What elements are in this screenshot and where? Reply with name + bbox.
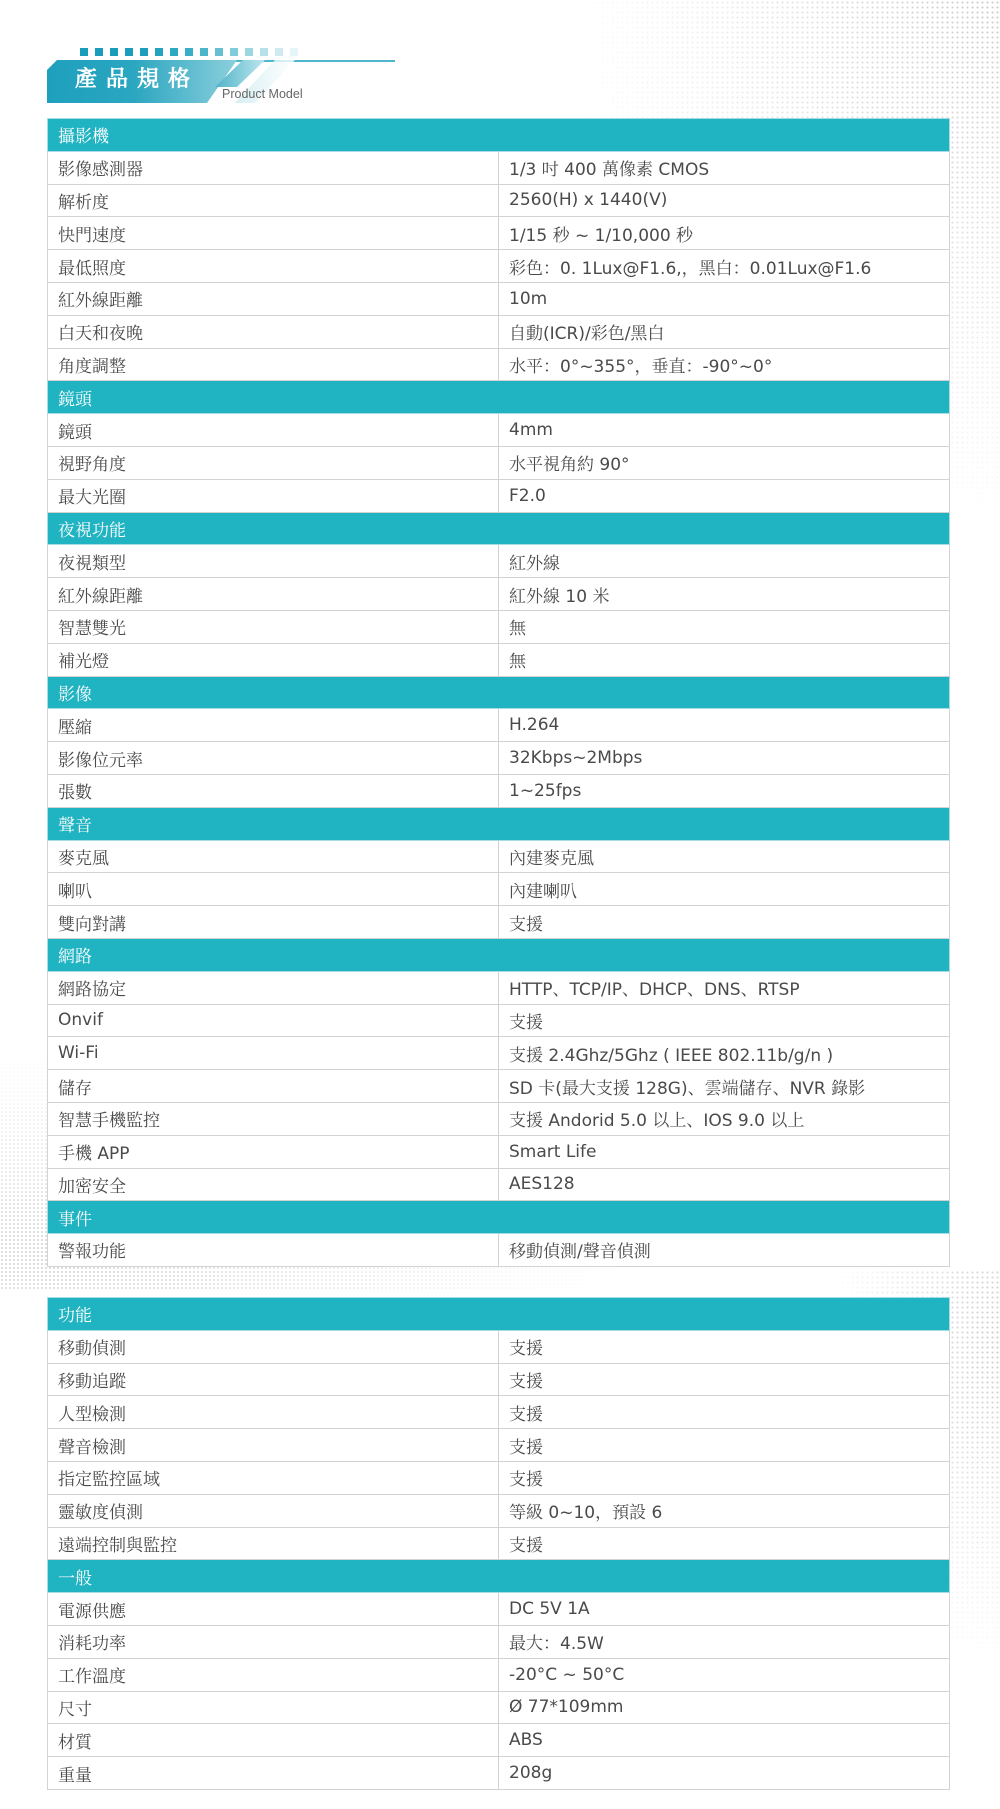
spec-label: 影像位元率	[48, 742, 499, 775]
spec-value: 等級 0~10，預設 6	[499, 1494, 950, 1527]
spec-row: 重量208g	[48, 1757, 950, 1790]
spec-row: 移動追蹤支援	[48, 1363, 950, 1396]
spec-label: 指定監控區域	[48, 1461, 499, 1494]
spec-row: 視野角度水平視角約 90°	[48, 446, 950, 479]
spec-row: 儲存SD 卡(最大支援 128G)、雲端儲存、NVR 錄影	[48, 1070, 950, 1103]
section-title: 功能	[48, 1298, 950, 1331]
spec-value: 支援	[499, 1363, 950, 1396]
section-title: 夜視功能	[48, 512, 950, 545]
spec-label: 快門速度	[48, 217, 499, 250]
section-title: 事件	[48, 1201, 950, 1234]
spec-label: 警報功能	[48, 1234, 499, 1267]
square-icon	[185, 48, 193, 56]
section-title: 攝影機	[48, 119, 950, 152]
spec-row: 解析度2560(H) x 1440(V)	[48, 184, 950, 217]
section-title: 聲音	[48, 807, 950, 840]
spec-value: 彩色：0. 1Lux@F1.6,，黑白：0.01Lux@F1.6	[499, 250, 950, 283]
section-header-row: 鏡頭	[48, 381, 950, 414]
spec-value: 1~25fps	[499, 774, 950, 807]
section-header-row: 攝影機	[48, 119, 950, 152]
spec-label: 聲音檢測	[48, 1429, 499, 1462]
spec-label: 影像感測器	[48, 151, 499, 184]
section-title: 網路	[48, 938, 950, 971]
square-icon	[275, 48, 283, 56]
spec-label: Wi-Fi	[48, 1037, 499, 1070]
square-icon	[110, 48, 118, 56]
spec-label: 儲存	[48, 1070, 499, 1103]
spec-value: 4mm	[499, 414, 950, 447]
spec-label: 角度調整	[48, 348, 499, 381]
spec-value: F2.0	[499, 479, 950, 512]
spec-value: 移動偵測/聲音偵測	[499, 1234, 950, 1267]
spec-value: 水平：0°~355°，垂直：-90°~0°	[499, 348, 950, 381]
spec-label: 材質	[48, 1724, 499, 1757]
section-header-row: 聲音	[48, 807, 950, 840]
spec-row: 白天和夜晚自動(ICR)/彩色/黑白	[48, 315, 950, 348]
spec-row: 雙向對講支援	[48, 906, 950, 939]
spec-label: 鏡頭	[48, 414, 499, 447]
page-title: 產品規格	[75, 62, 199, 98]
spec-value: Ø 77*109mm	[499, 1691, 950, 1724]
square-icon	[155, 48, 163, 56]
square-icon	[170, 48, 178, 56]
spec-label: 網路協定	[48, 971, 499, 1004]
spec-row: 電源供應DC 5V 1A	[48, 1593, 950, 1626]
section-header-row: 一般	[48, 1560, 950, 1593]
spec-row: 靈敏度偵測等級 0~10，預設 6	[48, 1494, 950, 1527]
spec-label: 尺寸	[48, 1691, 499, 1724]
spec-row: 壓縮H.264	[48, 709, 950, 742]
square-icon	[215, 48, 223, 56]
spec-row: 尺寸Ø 77*109mm	[48, 1691, 950, 1724]
spec-value: 支援	[499, 1527, 950, 1560]
spec-row: 網路協定HTTP、TCP/IP、DHCP、DNS、RTSP	[48, 971, 950, 1004]
spec-label: 補光燈	[48, 643, 499, 676]
spec-value: 支援	[499, 1396, 950, 1429]
spec-label: 移動追蹤	[48, 1363, 499, 1396]
spec-value: Smart Life	[499, 1135, 950, 1168]
spec-label: 白天和夜晚	[48, 315, 499, 348]
spec-label: 喇叭	[48, 873, 499, 906]
decorative-squares	[80, 48, 298, 56]
square-icon	[125, 48, 133, 56]
spec-value: 支援	[499, 1429, 950, 1462]
spec-row: 麥克風內建麥克風	[48, 840, 950, 873]
spec-row: 智慧手機監控支援 Andorid 5.0 以上、IOS 9.0 以上	[48, 1102, 950, 1135]
spec-row: 快門速度1/15 秒 ~ 1/10,000 秒	[48, 217, 950, 250]
section-title: 影像	[48, 676, 950, 709]
section-header-row: 功能	[48, 1298, 950, 1331]
spec-row: 紅外線距離10m	[48, 282, 950, 315]
square-icon	[140, 48, 148, 56]
spec-row: 智慧雙光無	[48, 610, 950, 643]
spec-value: 自動(ICR)/彩色/黑白	[499, 315, 950, 348]
spec-row: 人型檢測支援	[48, 1396, 950, 1429]
spec-row: 指定監控區域支援	[48, 1461, 950, 1494]
spec-row: 補光燈無	[48, 643, 950, 676]
section-title: 鏡頭	[48, 381, 950, 414]
spec-label: 人型檢測	[48, 1396, 499, 1429]
section-header-row: 夜視功能	[48, 512, 950, 545]
spec-row: 遠端控制與監控支援	[48, 1527, 950, 1560]
spec-row: 夜視類型紅外線	[48, 545, 950, 578]
spec-row: Wi-Fi支援 2.4Ghz/5Ghz ( IEEE 802.11b/g/n )	[48, 1037, 950, 1070]
spec-row: 加密安全AES128	[48, 1168, 950, 1201]
spec-label: 張數	[48, 774, 499, 807]
spec-label: 移動偵測	[48, 1330, 499, 1363]
spec-label: 靈敏度偵測	[48, 1494, 499, 1527]
page-subtitle: Product Model	[222, 87, 303, 101]
spec-value: 1/15 秒 ~ 1/10,000 秒	[499, 217, 950, 250]
spec-value: 208g	[499, 1757, 950, 1790]
spec-label: 智慧手機監控	[48, 1102, 499, 1135]
spec-value: -20°C ~ 50°C	[499, 1658, 950, 1691]
spec-row: 影像感測器1/3 吋 400 萬像素 CMOS	[48, 151, 950, 184]
spec-label: 工作溫度	[48, 1658, 499, 1691]
spec-value: 內建喇叭	[499, 873, 950, 906]
spec-value: 水平視角約 90°	[499, 446, 950, 479]
spec-value: 紅外線 10 米	[499, 578, 950, 611]
spec-value: 內建麥克風	[499, 840, 950, 873]
spec-value: 32Kbps~2Mbps	[499, 742, 950, 775]
spec-label: 最大光圈	[48, 479, 499, 512]
spec-label: 智慧雙光	[48, 610, 499, 643]
spec-label: 紅外線距離	[48, 282, 499, 315]
spec-value: 最大：4.5W	[499, 1625, 950, 1658]
spec-row: 工作溫度-20°C ~ 50°C	[48, 1658, 950, 1691]
spec-label: 遠端控制與監控	[48, 1527, 499, 1560]
square-icon	[200, 48, 208, 56]
spec-label: 最低照度	[48, 250, 499, 283]
spec-value: 1/3 吋 400 萬像素 CMOS	[499, 151, 950, 184]
square-icon	[80, 48, 88, 56]
square-icon	[260, 48, 268, 56]
square-icon	[230, 48, 238, 56]
spec-value: 支援	[499, 1330, 950, 1363]
spec-row: 最大光圈F2.0	[48, 479, 950, 512]
spec-value: 紅外線	[499, 545, 950, 578]
spec-label: 重量	[48, 1757, 499, 1790]
page-header: 產品規格 Product Model	[47, 44, 367, 108]
square-icon	[245, 48, 253, 56]
spec-label: 消耗功率	[48, 1625, 499, 1658]
spec-value: DC 5V 1A	[499, 1593, 950, 1626]
spec-value: 支援	[499, 906, 950, 939]
spec-value: 支援 2.4Ghz/5Ghz ( IEEE 802.11b/g/n )	[499, 1037, 950, 1070]
section-title: 一般	[48, 1560, 950, 1593]
spec-value: 2560(H) x 1440(V)	[499, 184, 950, 217]
spec-label: Onvif	[48, 1004, 499, 1037]
spec-row: Onvif支援	[48, 1004, 950, 1037]
spec-value: H.264	[499, 709, 950, 742]
spec-label: 壓縮	[48, 709, 499, 742]
spec-label: 麥克風	[48, 840, 499, 873]
section-header-row: 影像	[48, 676, 950, 709]
spec-row: 角度調整水平：0°~355°，垂直：-90°~0°	[48, 348, 950, 381]
spec-value: HTTP、TCP/IP、DHCP、DNS、RTSP	[499, 971, 950, 1004]
spec-value: ABS	[499, 1724, 950, 1757]
spec-row: 警報功能移動偵測/聲音偵測	[48, 1234, 950, 1267]
spec-value: 無	[499, 610, 950, 643]
spec-label: 紅外線距離	[48, 578, 499, 611]
spec-label: 電源供應	[48, 1593, 499, 1626]
spec-value: SD 卡(最大支援 128G)、雲端儲存、NVR 錄影	[499, 1070, 950, 1103]
spec-label: 視野角度	[48, 446, 499, 479]
spec-label: 解析度	[48, 184, 499, 217]
spec-label: 雙向對講	[48, 906, 499, 939]
section-header-row: 事件	[48, 1201, 950, 1234]
square-icon	[290, 48, 298, 56]
spec-value: 支援	[499, 1461, 950, 1494]
section-header-row: 網路	[48, 938, 950, 971]
spec-value: 無	[499, 643, 950, 676]
spec-row: 鏡頭4mm	[48, 414, 950, 447]
spec-row: 材質ABS	[48, 1724, 950, 1757]
spec-label: 手機 APP	[48, 1135, 499, 1168]
square-icon	[95, 48, 103, 56]
spec-label: 夜視類型	[48, 545, 499, 578]
spec-row: 最低照度彩色：0. 1Lux@F1.6,，黑白：0.01Lux@F1.6	[48, 250, 950, 283]
spec-table-features: 功能移動偵測支援移動追蹤支援人型檢測支援聲音檢測支援指定監控區域支援靈敏度偵測等…	[47, 1297, 950, 1790]
spec-row: 手機 APPSmart Life	[48, 1135, 950, 1168]
spec-row: 移動偵測支援	[48, 1330, 950, 1363]
spec-row: 聲音檢測支援	[48, 1429, 950, 1462]
spec-value: 支援	[499, 1004, 950, 1037]
spec-value: 支援 Andorid 5.0 以上、IOS 9.0 以上	[499, 1102, 950, 1135]
spec-value: AES128	[499, 1168, 950, 1201]
spec-row: 消耗功率最大：4.5W	[48, 1625, 950, 1658]
spec-value: 10m	[499, 282, 950, 315]
spec-row: 張數1~25fps	[48, 774, 950, 807]
spec-row: 喇叭內建喇叭	[48, 873, 950, 906]
spec-row: 影像位元率32Kbps~2Mbps	[48, 742, 950, 775]
spec-row: 紅外線距離紅外線 10 米	[48, 578, 950, 611]
spec-label: 加密安全	[48, 1168, 499, 1201]
spec-table-main: 攝影機影像感測器1/3 吋 400 萬像素 CMOS解析度2560(H) x 1…	[47, 118, 950, 1267]
